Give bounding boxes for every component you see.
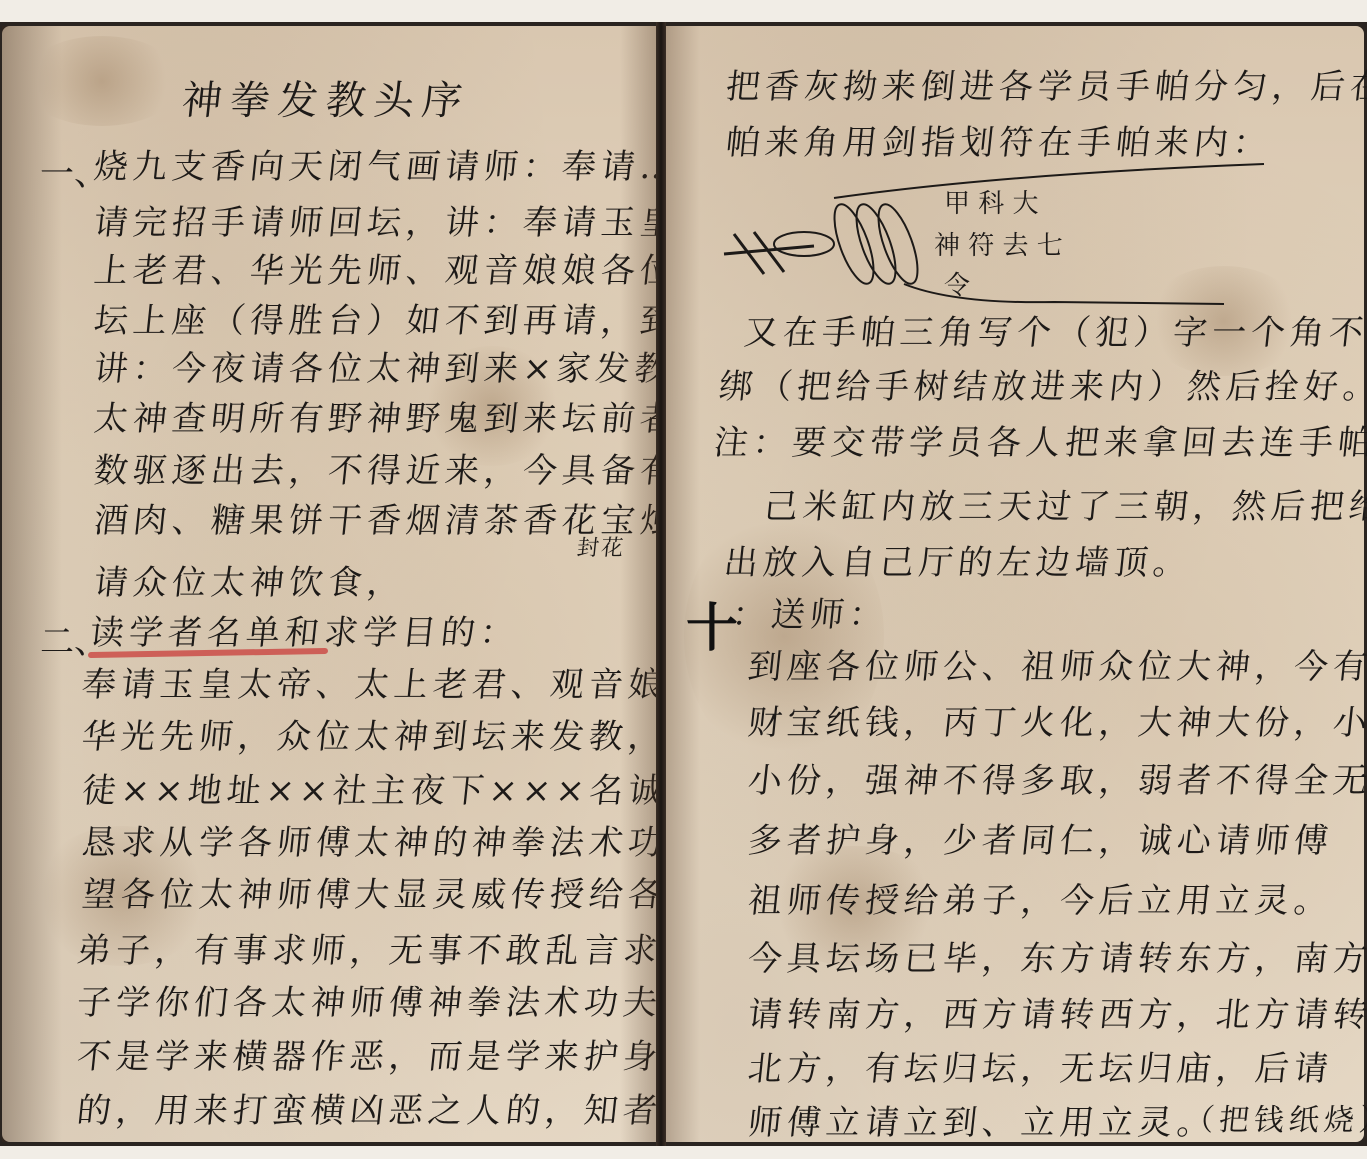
talisman-glyph: 令 [944, 271, 970, 301]
section-heading: ：送师： [730, 598, 890, 632]
text-line: 到座各位师公、祖师众位大神，今有金银 [746, 650, 1367, 684]
text-line: 徒××地址××社主夜下×××名诚心 [80, 774, 708, 808]
text-line: 多者护身，少者同仁，诚心请师傅 [746, 824, 1335, 858]
text-line: 注：要交带学员各人把来拿回去连手帕放入自 [712, 426, 1367, 460]
right-page: 把香灰拗来倒进各学员手帕分匀，后在手 帕来角用剑指划符在手帕来内： 甲 科 大 … [664, 26, 1364, 1142]
text-line: 出放入自己厅的左边墙顶。 [722, 546, 1194, 580]
text-line: 酒肉、糖果饼干香烟清茶香花宝烛现 [92, 504, 720, 538]
book-spine [656, 22, 666, 1146]
open-notebook: 神拳发教头序 一、 烧九支香向天闭气画请师：奉请……。 请完招手请师回坛，讲：奉… [0, 22, 1367, 1146]
text-line: 请众位太神饮食， [92, 566, 408, 600]
text-line: 的，用来打蛮横凶恶之人的，知者不错 [75, 1094, 742, 1128]
text-line: 请转南方，西方请转西方，北方请转 [746, 998, 1367, 1032]
section-heading: 读学者名单和求学目的： [88, 616, 521, 650]
text-line: 把香灰拗来倒进各学员手帕分匀，后在手 [724, 70, 1367, 104]
text-line: 财宝纸钱，丙丁火化，大神大份，小神 [746, 706, 1367, 740]
text-line: 绑（把给手树结放进来内）然后拴好。 [717, 370, 1367, 404]
side-note: 封花 [576, 538, 626, 560]
text-line: 又在手帕三角写个（犯）字一个角不画，用来拴 [742, 316, 1367, 350]
text-line: 祖师传授给弟子，今后立用立灵。 [746, 884, 1335, 918]
text-line: 望各位太神师傅大显灵威传授给各 [80, 878, 669, 912]
closing-note: （把钱纸烧） [1182, 1106, 1367, 1136]
talisman-drawing: 甲 科 大 神 符 去 七 令 [704, 154, 1324, 314]
text-line: 子学你们各太神师傅神拳法术功夫， [75, 986, 703, 1020]
talisman-glyph: 神 符 去 七 [934, 231, 1063, 261]
talisman-glyph: 甲 科 大 [944, 189, 1039, 219]
text-line: 恳求从学各师傅太神的神拳法术功夫， [80, 826, 747, 860]
page-title: 神拳发教头序 [180, 81, 472, 121]
text-line: 北方，有坛归坛，无坛归庙，后请 [746, 1052, 1335, 1086]
text-line: 己米缸内放三天过了三朝，然后把给结拿 [762, 490, 1367, 524]
text-line: 师傅立请立到、立用立灵。 [746, 1106, 1218, 1140]
stain [22, 36, 182, 126]
left-page: 神拳发教头序 一、 烧九支香向天闭气画请师：奉请……。 请完招手请师回坛，讲：奉… [2, 26, 660, 1142]
text-line: 太神查明所有野神野鬼到来坛前者全 [92, 402, 720, 436]
text-line: 今具坛场已毕，东方请转东方，南方 [746, 942, 1367, 976]
text-line: 小份，强神不得多取，弱者不得全无， [746, 764, 1367, 798]
text-line: 不是学来横器作恶，而是学来护身防家 [75, 1040, 742, 1074]
